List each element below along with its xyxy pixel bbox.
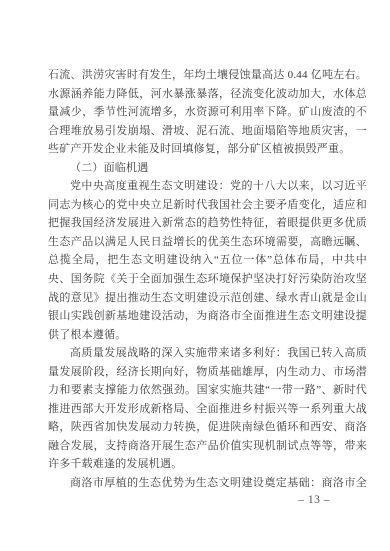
body-line: 党中央高度重视生态文明建设：党的十八大以来，以习近平 (48, 177, 367, 196)
body-line: 推进西部大开发形成新格局、全面推进乡村振兴等一系列重大战 (48, 400, 367, 419)
body-line: 总揽全局，把生态文明建设纳入“五位一体”总体布局，中共中 (48, 251, 367, 270)
body-line: 供了根本遵循。 (48, 326, 367, 345)
body-line: 许多千载难逢的发展机遇。 (48, 455, 367, 474)
body-line: 力和要素支撑能力依然强劲。国家实施共建“一带一路”、新时代 (48, 381, 367, 400)
body-line: 石流、洪涝灾害时有发生，年均土壤侵蚀量高达 0.44 亿吨左右。 (48, 66, 367, 85)
body-line: 高质量发展战略的深入实施带来诸多利好：我国已转入高质 (48, 344, 367, 363)
body-line: 量发展阶段，经济长期向好，物质基础雄厚，内生动力、市场潜 (48, 363, 367, 382)
body-line: 略，陕西省加快发展动力转换，促进陕南绿色循环和西安、商洛 (48, 418, 367, 437)
body-line: 商洛市厚植的生态优势为生态文明建设奠定基础：商洛市全 (48, 474, 367, 493)
body-line: 银山实践创新基地建设活动，为商洛市全面推进生态文明建设提 (48, 307, 367, 326)
document-page: 石流、洪涝灾害时有发生，年均土壤侵蚀量高达 0.44 亿吨左右。 水源涵养能力降… (0, 0, 390, 551)
body-line: 战的意见》提出推动生态文明建设示范创建、绿水青山就是金山 (48, 289, 367, 308)
section-heading: （二）面临机遇 (48, 159, 367, 178)
body-line: 同志为核心的党中央立足新时代我国社会主要矛盾变化，适应和 (48, 196, 367, 215)
page-body-text: 石流、洪涝灾害时有发生，年均土壤侵蚀量高达 0.44 亿吨左右。 水源涵养能力降… (48, 66, 367, 493)
page-number: – 13 – (298, 494, 330, 506)
body-line: 合理堆放易引发崩塌、滑坡、泥石流、地面塌陷等地质灾害，一 (48, 122, 367, 141)
body-line: 些矿产开发企业未能及时回填修复，部分矿区植被损毁严重。 (48, 140, 367, 159)
body-line: 量减少，季节性河流增多，水资源可利用率下降。矿山废渣的不 (48, 103, 367, 122)
body-line: 把握我国经济发展进入新常态的趋势性特征，着眼提供更多优质 (48, 214, 367, 233)
body-line: 生态产品以满足人民日益增长的优美生态环境需要，高瞻远瞩、 (48, 233, 367, 252)
body-line: 融合发展，支持商洛开展生态产品价值实现机制试点等等，带来 (48, 437, 367, 456)
body-line: 央、国务院《关于全面加强生态环境保护坚决打好污染防治攻坚 (48, 270, 367, 289)
body-line: 水源涵养能力降低，河水暴涨暴落，径流变化波动加大，水体总 (48, 85, 367, 104)
